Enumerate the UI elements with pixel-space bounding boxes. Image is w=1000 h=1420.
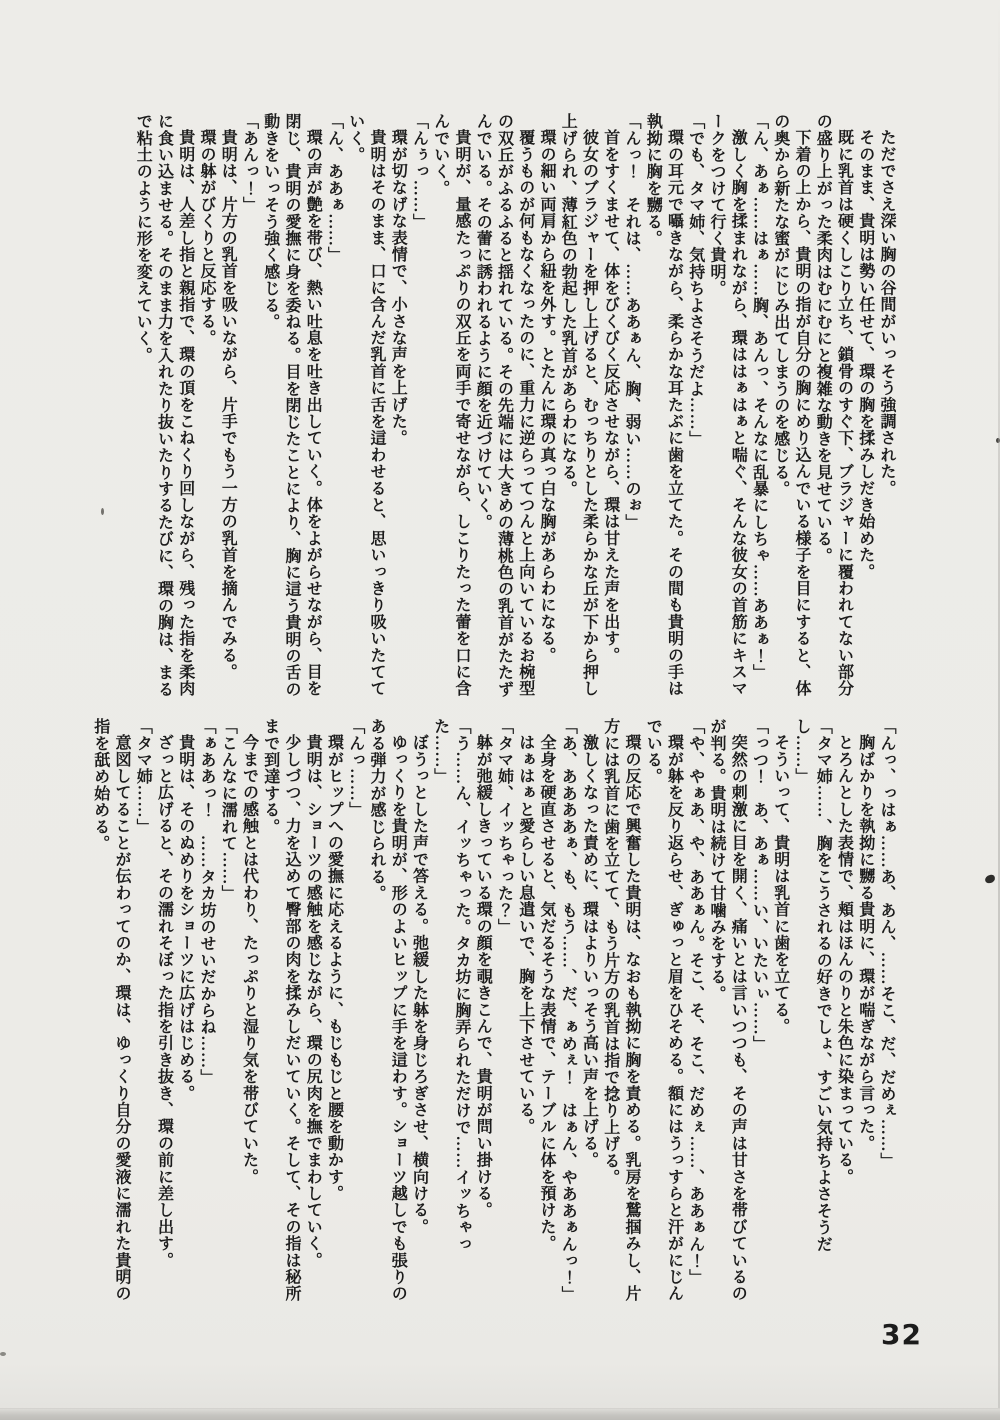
text-block-top: ただでさえ深い胸の谷間がいっそう強調された。そのまま、貴明は勢い任せて、環の胸を… xyxy=(132,113,897,698)
paragraph-narrative: そのまま、貴明は勢い任せて、環の胸を揉みしだき始めた。 xyxy=(855,113,876,698)
paragraph-narrative: 首をすくませて、体をびくびく反応させながら、環は甘えた声を出す。 xyxy=(600,113,621,698)
paragraph-narrative: 環の細い両肩から紐を外す。とたんに環の真っ白な胸があらわになる。 xyxy=(536,113,557,698)
page-number: 32 xyxy=(881,1318,922,1351)
paragraph-dialogue: 「んっ……」 xyxy=(345,718,366,1303)
paragraph-narrative: はぁはぁと愛らしい息遣いで、胸を上下させている。 xyxy=(515,718,536,1303)
paragraph-narrative: 胸ばかりを執拗に嬲る貴明に、環が喘ぎながら言った。 xyxy=(855,718,876,1303)
paragraph-narrative: 貴明は、人差し指と親指で、環の頂をこねくり回しながら、残った指を柔肉に食い込ませ… xyxy=(132,113,196,698)
paragraph-narrative: とろんとした表情で、頬はほんのりと朱色に染まっている。 xyxy=(833,718,854,1303)
paragraph-narrative: 環がヒップへの愛撫に応えるように、もじもじと腰を動かす。 xyxy=(323,718,344,1303)
paragraph-narrative: ゆっくりを貴明が、形のよいヒップに手を這わす。ショーツ越しでも張りのある弾力が感… xyxy=(366,718,409,1303)
paragraph-dialogue: 「ぁああっ！ ……タカ坊のせいだからね……」 xyxy=(196,718,217,1303)
paragraph-dialogue: 「あ、ああああぁ、も、もう……、だ、ぁめぇ！ はぁん、やああぁんっ！」 xyxy=(557,718,578,1303)
paragraph-dialogue: 「んっ！ それは、……ああぁん、胸、弱い……のぉ」 xyxy=(621,113,642,698)
paragraph-narrative: 全身を硬直させると、気だるそうな表情で、テーブルに体を預けた。 xyxy=(536,718,557,1303)
paragraph-narrative: 激しくなった責めに、環はよりいっそう高い声を上げる。 xyxy=(578,718,599,1303)
paragraph-narrative: 環の声が艶を帯び、熱い吐息を吐き出していく。体をよがらせながら、目を閉じ、貴明の… xyxy=(260,113,324,698)
paragraph-narrative: 貴明は、ショーツの感触を感じながら、環の尻肉を撫でまわしていく。 xyxy=(302,718,323,1303)
paragraph-narrative: ざっと広げると、その濡れそぼった指を引き抜き、環の前に差し出す。 xyxy=(153,718,174,1303)
scan-speck xyxy=(984,874,995,884)
paragraph-narrative: 意図してることが伝わってのか、環は、ゆっくり自分の愛液に濡れた貴明の指を舐め始め… xyxy=(90,718,133,1303)
paragraph-narrative: 貴明は、片方の乳首を吸いながら、片手でもう一方の乳首を摘んでみる。 xyxy=(217,113,238,698)
paragraph-narrative: 今までの感触とは代わり、たっぷりと湿り気を帯びていた。 xyxy=(238,718,259,1303)
paragraph-narrative: 突然の刺激に目を開く、痛いとは言いつつも、その声は甘さを帯びているのが判る。貴明… xyxy=(706,718,749,1303)
paragraph-narrative: 少しづつ、力を込めて臀部の肉を揉みしだいていく。そして、その指は秘所まで到達する… xyxy=(260,718,303,1303)
paragraph-narrative: 下着の上から、貴明の指が自分の胸にめり込んでいる様子を目にすると、体の奥から新た… xyxy=(770,113,813,698)
paragraph-narrative: ただでさえ深い胸の谷間がいっそう強調された。 xyxy=(876,113,897,698)
paragraph-narrative: 貴明が、量感たっぷりの双丘を両手で寄せながら、しこりたった蕾を口に含んでいく。 xyxy=(430,113,473,698)
paragraph-dialogue: 「タマ姉……、胸をこうされるの好きでしょ、すごい気持ちよさそうだし……」 xyxy=(791,718,834,1303)
paragraph-dialogue: 「こんなに濡れて……」 xyxy=(217,718,238,1303)
paragraph-narrative: 環の躰がびくりと反応する。 xyxy=(196,113,217,698)
paragraph-dialogue: 「や、やぁあ、や、ああぁん。そこ、そ、そこ、だめぇ……、ああぁん！」 xyxy=(685,718,706,1303)
paragraph-narrative: そういって、貴明は乳首に歯を立てる。 xyxy=(770,718,791,1303)
paragraph-narrative: ぼうっとした声で答える。弛緩した躰を身じろぎさせ、横向ける。 xyxy=(408,718,429,1303)
paragraph-narrative: 環が切なげな表情で、小さな声を上げた。 xyxy=(387,113,408,698)
paragraph-dialogue: 「んっ、っはぁ……あ、あん、……そこ、だ、だめぇ……」 xyxy=(876,718,897,1303)
paragraph-narrative: 彼女のブラジャーを押し上げると、むっちりとした柔らかな丘が下から押し上げられ、薄… xyxy=(557,113,600,698)
paragraph-dialogue: 「でも、タマ姉、気持ちよさそうだよ……」 xyxy=(685,113,706,698)
scan-speck xyxy=(0,1352,6,1356)
scan-speck xyxy=(101,508,104,515)
scanned-page: ただでさえ深い胸の谷間がいっそう強調された。そのまま、貴明は勢い任せて、環の胸を… xyxy=(0,0,1000,1420)
paragraph-dialogue: 「ん、あぁ……はぁ……胸、あんっ、そんなに乱暴にしちゃ……ああぁ！」 xyxy=(748,113,769,698)
paragraph-narrative: 環の反応で興奮した貴明は、なおも執拗に胸を責める。乳房を鷲掴みし、片方には乳首に… xyxy=(600,718,643,1303)
text-block-bottom: 「んっ、っはぁ……あ、あん、……そこ、だ、だめぇ……」胸ばかりを執拗に嬲る貴明に… xyxy=(90,718,898,1303)
paragraph-dialogue: 「あんっ！」 xyxy=(238,113,259,698)
scan-edge-shadow-bottom xyxy=(0,1408,1000,1420)
paragraph-dialogue: 「タマ姉、イッちゃった？」 xyxy=(493,718,514,1303)
paragraph-narrative: 貴明は、そのぬめりをショーツに広げはじめる。 xyxy=(175,718,196,1303)
paragraph-narrative: 激しく胸を揉まれながら、環ははぁはぁと喘ぐ、そんな彼女の首筋にキスマークをつけて… xyxy=(706,113,749,698)
paragraph-narrative: 環が躰を反り返らせ、ぎゅっと眉をひそめる。額にはうっすらと汗がにじんでいる。 xyxy=(642,718,685,1303)
paragraph-narrative: 躰が弛緩しきっている環の顔を覗きこんで、貴明が問い掛ける。 xyxy=(472,718,493,1303)
paragraph-narrative: 環の耳元で囁きながら、柔らかな耳たぶに歯を立てた。その間も貴明の手は執拗に胸を嬲… xyxy=(642,113,685,698)
paragraph-dialogue: 「っつ！ あ、あぁ……い、いたいぃ……」 xyxy=(748,718,769,1303)
paragraph-dialogue: 「んぅっ……」 xyxy=(408,113,429,698)
paragraph-dialogue: 「タマ姉……」 xyxy=(132,718,153,1303)
paragraph-dialogue: 「ん、ああぁ……」 xyxy=(323,113,344,698)
scan-speck xyxy=(124,1268,128,1274)
paragraph-narrative: 貴明はそのまま、口に含んだ乳首に舌を這わせると、思いっきり吸いたてていく。 xyxy=(345,113,388,698)
paragraph-narrative: 覆うものが何もなくなったのに、重力に逆らってつんと上向いているお椀型の双丘がふる… xyxy=(472,113,536,698)
paragraph-dialogue: 「う……ん、イッちゃった。タカ坊に胸弄られただけで……イッちゃった……」 xyxy=(430,718,473,1303)
paragraph-narrative: 既に乳首は硬くしこり立ち、鎖骨のすぐ下、ブラジャーに覆われてない部分の盛り上がっ… xyxy=(812,113,855,698)
